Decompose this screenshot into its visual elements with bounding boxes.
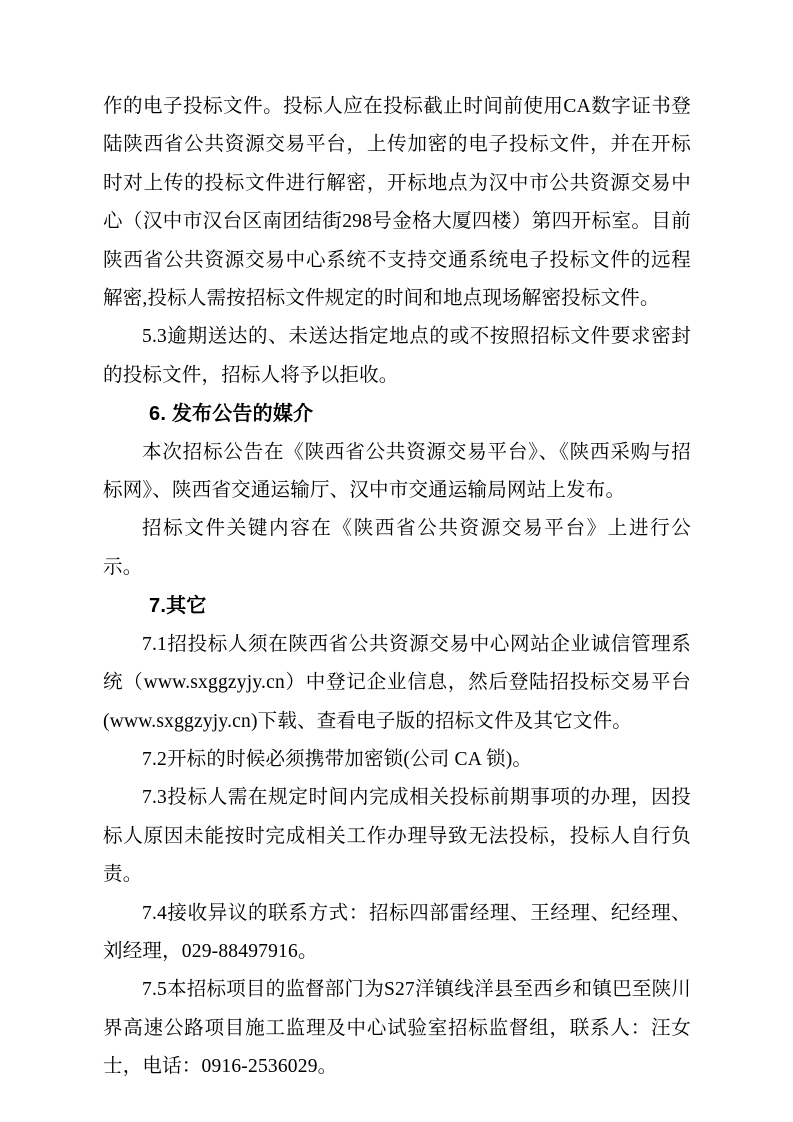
paragraph: 7.5本招标项目的监督部门为S27洋镇线洋县至西乡和镇巴至陕川界高速公路项目施工… <box>103 971 691 1086</box>
paragraph: 7.2开标的时候必须携带加密锁(公司 CA 锁)。 <box>103 741 691 779</box>
paragraph: 5.3逾期送达的、未送达指定地点的或不按照招标文件要求密封的投标文件，招标人将予… <box>103 318 691 395</box>
section-heading: 6. 发布公告的媒介 <box>103 395 691 433</box>
paragraph: 7.3投标人需在规定时间内完成相关投标前期事项的办理，因投标人原因未能按时完成相… <box>103 779 691 894</box>
document-page: 作的电子投标文件。投标人应在投标截止时间前使用CA数字证书登陆陕西省公共资源交易… <box>0 0 793 1122</box>
paragraph: 7.4接收异议的联系方式：招标四部雷经理、王经理、纪经理、刘经理，029-884… <box>103 895 691 972</box>
paragraph: 作的电子投标文件。投标人应在投标截止时间前使用CA数字证书登陆陕西省公共资源交易… <box>103 88 691 318</box>
paragraph: 本次招标公告在《陕西省公共资源交易平台》、《陕西采购与招标网》、陕西省交通运输厅… <box>103 434 691 511</box>
section-heading: 7.其它 <box>103 587 691 625</box>
document-content: 作的电子投标文件。投标人应在投标截止时间前使用CA数字证书登陆陕西省公共资源交易… <box>103 88 691 1087</box>
paragraph: 招标文件关键内容在《陕西省公共资源交易平台》上进行公示。 <box>103 510 691 587</box>
paragraph: 7.1招投标人须在陕西省公共资源交易中心网站企业诚信管理系统（www.sxggz… <box>103 626 691 741</box>
